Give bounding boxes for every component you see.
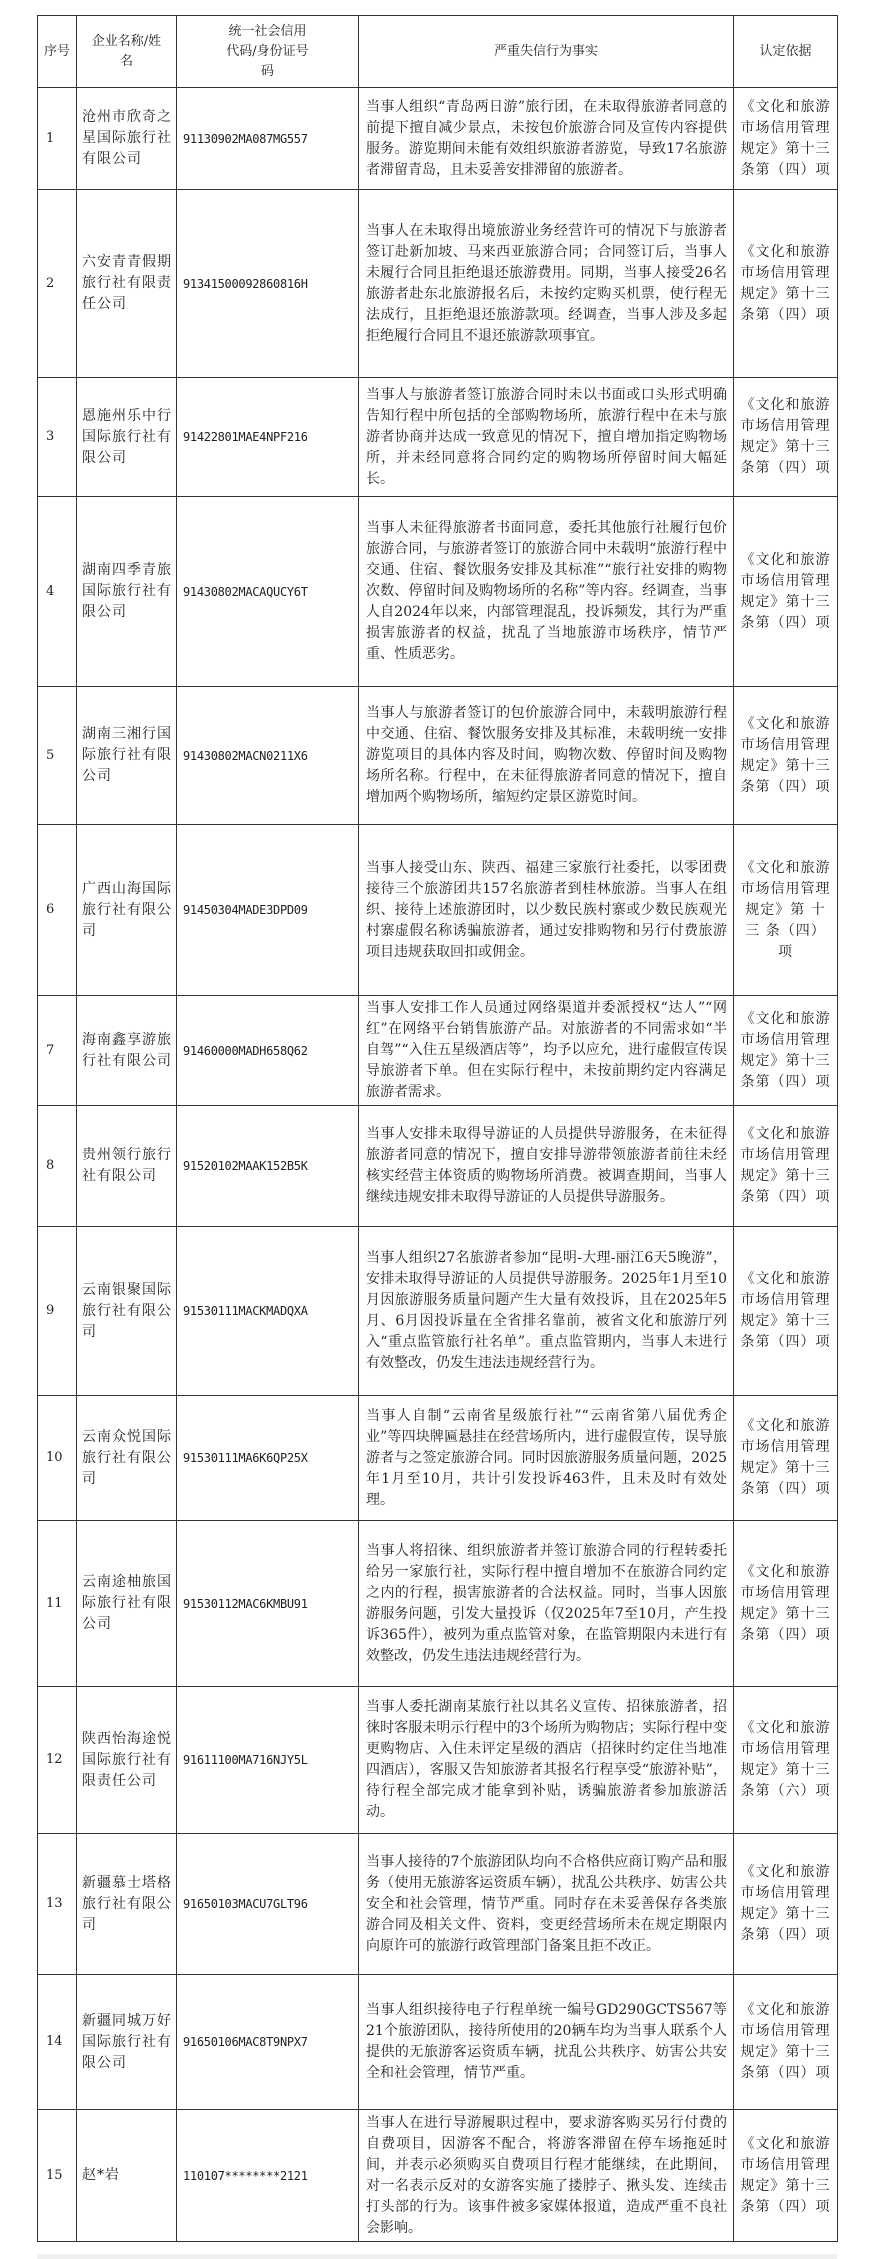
row-entity-name: 广西山海国际旅行社有限公司 bbox=[77, 825, 177, 996]
table-row: 7海南鑫享游旅行社有限公司91460000MADH658Q62当事人安排工作人员… bbox=[38, 996, 838, 1106]
header-name: 企业名称/姓名 bbox=[77, 16, 177, 88]
row-credit-code: 110107********2121 bbox=[177, 2110, 359, 2242]
row-legal-basis: 《文化和旅游市场信用管理规定》第十三条第（四）项 bbox=[734, 1106, 838, 1227]
row-legal-basis: 《文化和旅游市场信用管理规定》第十三条第（四）项 bbox=[734, 1227, 838, 1396]
row-legal-basis: 《文化和旅游市场信用管理规定》第十三条第（四）项 bbox=[734, 1975, 838, 2110]
row-legal-basis: 《文化和旅游市场信用管理规定》第十三条第（四）项 bbox=[734, 1834, 838, 1975]
table-header-row: 序号 企业名称/姓名 统一社会信用代码/身份证号码 严重失信行为事实 认定依据 bbox=[38, 16, 838, 88]
row-credit-code: 91530112MAC6KMBU91 bbox=[177, 1521, 359, 1687]
row-index: 1 bbox=[38, 88, 77, 190]
row-entity-name: 云南众悦国际旅行社有限公司 bbox=[77, 1396, 177, 1521]
table-row: 12陕西怡海途悦国际旅行社有限责任公司91611100MA716NJY5L当事人… bbox=[38, 1687, 838, 1834]
row-index: 4 bbox=[38, 497, 77, 687]
row-index: 14 bbox=[38, 1975, 77, 2110]
bottom-bar bbox=[37, 2254, 837, 2259]
row-legal-basis: 《文化和旅游市场信用管理规定》第十三条第（四）项 bbox=[734, 497, 838, 687]
row-entity-name: 云南途柚旅国际旅行社有限公司 bbox=[77, 1521, 177, 1687]
table-row: 3恩施州乐中行国际旅行社有限公司91422801MAE4NPF216当事人与旅游… bbox=[38, 378, 838, 497]
row-dishonest-fact: 当事人与旅游者签订的包价旅游合同中，未载明旅游行程中交通、住宿、餐饮服务安排及其… bbox=[359, 687, 734, 825]
row-credit-code: 91450304MADE3DPD09 bbox=[177, 825, 359, 996]
row-legal-basis: 《文化和旅游市场信用管理规定》第十三条第（四）项 bbox=[734, 378, 838, 497]
row-legal-basis: 《文化和旅游市场信用管理规定》第十三条第（四）项 bbox=[734, 2110, 838, 2242]
table-row: 5湖南三湘行国际旅行社有限公司91430802MACN0211X6当事人与旅游者… bbox=[38, 687, 838, 825]
table-row: 6广西山海国际旅行社有限公司91450304MADE3DPD09当事人接受山东、… bbox=[38, 825, 838, 996]
table-body: 1沧州市欣奇之星国际旅行社有限公司91130902MA087MG557当事人组织… bbox=[38, 88, 838, 2242]
header-index: 序号 bbox=[38, 16, 77, 88]
row-index: 6 bbox=[38, 825, 77, 996]
header-basis: 认定依据 bbox=[734, 16, 838, 88]
row-legal-basis: 《文化和旅游市场信用管理规定》第十三条第（四）项 bbox=[734, 1396, 838, 1521]
row-credit-code: 91650106MAC8T9NPX7 bbox=[177, 1975, 359, 2110]
row-dishonest-fact: 当事人在进行导游履职过程中，要求游客购买另行付费的自费项目，因游客不配合，将游客… bbox=[359, 2110, 734, 2242]
row-entity-name: 湖南三湘行国际旅行社有限公司 bbox=[77, 687, 177, 825]
table-row: 4湖南四季青旅国际旅行社有限公司91430802MACAQUCY6T当事人未征得… bbox=[38, 497, 838, 687]
row-credit-code: 91430802MACN0211X6 bbox=[177, 687, 359, 825]
table-row: 9云南银聚国际旅行社有限公司91530111MACKMADQXA当事人组织27名… bbox=[38, 1227, 838, 1396]
table-row: 10云南众悦国际旅行社有限公司91530111MA6K6QP25X当事人自制“云… bbox=[38, 1396, 838, 1521]
table-row: 8贵州领行旅行社有限公司91520102MAAK152B5K当事人安排未取得导游… bbox=[38, 1106, 838, 1227]
row-dishonest-fact: 当事人未征得旅游者书面同意，委托其他旅行社履行包价旅游合同，与旅游者签订的旅游合… bbox=[359, 497, 734, 687]
row-dishonest-fact: 当事人组织27名旅游者参加“昆明-大理-丽江6天5晚游”，安排未取得导游证的人员… bbox=[359, 1227, 734, 1396]
row-index: 10 bbox=[38, 1396, 77, 1521]
row-index: 5 bbox=[38, 687, 77, 825]
row-legal-basis: 《文化和旅游市场信用管理规定》第十三条第（六）项 bbox=[734, 1687, 838, 1834]
row-legal-basis: 《文化和旅游市场信用管理规定》第十三条第（四）项 bbox=[734, 88, 838, 190]
row-index: 2 bbox=[38, 190, 77, 378]
row-index: 9 bbox=[38, 1227, 77, 1396]
row-entity-name: 新疆慕士塔格旅行社有限公司 bbox=[77, 1834, 177, 1975]
row-index: 15 bbox=[38, 2110, 77, 2242]
row-index: 11 bbox=[38, 1521, 77, 1687]
table-row: 13新疆慕士塔格旅行社有限公司91650103MACU7GLT96当事人接待的7… bbox=[38, 1834, 838, 1975]
row-dishonest-fact: 当事人与旅游者签订旅游合同时未以书面或口头形式明确告知行程中所包括的全部购物场所… bbox=[359, 378, 734, 497]
row-credit-code: 91422801MAE4NPF216 bbox=[177, 378, 359, 497]
row-entity-name: 云南银聚国际旅行社有限公司 bbox=[77, 1227, 177, 1396]
row-entity-name: 新疆同城万好国际旅行社有限公司 bbox=[77, 1975, 177, 2110]
row-dishonest-fact: 当事人安排工作人员通过网络渠道并委派授权“达人”“网红”在网络平台销售旅游产品。… bbox=[359, 996, 734, 1106]
row-dishonest-fact: 当事人组织“青岛两日游”旅行团，在未取得旅游者同意的前提下擅自减少景点，未按包价… bbox=[359, 88, 734, 190]
row-entity-name: 沧州市欣奇之星国际旅行社有限公司 bbox=[77, 88, 177, 190]
row-credit-code: 91611100MA716NJY5L bbox=[177, 1687, 359, 1834]
table-row: 15赵*岩110107********2121当事人在进行导游履职过程中，要求游… bbox=[38, 2110, 838, 2242]
row-credit-code: 91650103MACU7GLT96 bbox=[177, 1834, 359, 1975]
table-row: 1沧州市欣奇之星国际旅行社有限公司91130902MA087MG557当事人组织… bbox=[38, 88, 838, 190]
header-fact: 严重失信行为事实 bbox=[359, 16, 734, 88]
row-dishonest-fact: 当事人委托湖南某旅行社以其名义宣传、招徕旅游者，招徕时客服未明示行程中的3个场所… bbox=[359, 1687, 734, 1834]
row-entity-name: 湖南四季青旅国际旅行社有限公司 bbox=[77, 497, 177, 687]
row-index: 3 bbox=[38, 378, 77, 497]
row-entity-name: 赵*岩 bbox=[77, 2110, 177, 2242]
row-credit-code: 91530111MACKMADQXA bbox=[177, 1227, 359, 1396]
row-credit-code: 91341500092860816H bbox=[177, 190, 359, 378]
row-dishonest-fact: 当事人接待的7个旅游团队均向不合格供应商订购产品和服务（使用无旅游客运资质车辆）… bbox=[359, 1834, 734, 1975]
row-credit-code: 91520102MAAK152B5K bbox=[177, 1106, 359, 1227]
row-entity-name: 恩施州乐中行国际旅行社有限公司 bbox=[77, 378, 177, 497]
row-dishonest-fact: 当事人组织接待电子行程单统一编号GD290GCTS567等21个旅游团队，接待所… bbox=[359, 1975, 734, 2110]
row-credit-code: 91460000MADH658Q62 bbox=[177, 996, 359, 1106]
table-row: 2六安青青假期旅行社有限责任公司91341500092860816H当事人在未取… bbox=[38, 190, 838, 378]
row-dishonest-fact: 当事人安排未取得导游证的人员提供导游服务，在未征得旅游者同意的情况下，擅自安排导… bbox=[359, 1106, 734, 1227]
row-dishonest-fact: 当事人接受山东、陕西、福建三家旅行社委托，以零团费接待三个旅游团共157名旅游者… bbox=[359, 825, 734, 996]
row-dishonest-fact: 当事人自制“云南省星级旅行社”“云南省第八届优秀企业”等四块牌匾悬挂在经营场所内… bbox=[359, 1396, 734, 1521]
table-row: 14新疆同城万好国际旅行社有限公司91650106MAC8T9NPX7当事人组织… bbox=[38, 1975, 838, 2110]
row-legal-basis: 《文化和旅游市场信用管理规定》第十三条第（四）项 bbox=[734, 1521, 838, 1687]
row-legal-basis: 《文化和旅游市场信用管理规定》第十三条第（四）项 bbox=[734, 996, 838, 1106]
row-index: 7 bbox=[38, 996, 77, 1106]
row-entity-name: 海南鑫享游旅行社有限公司 bbox=[77, 996, 177, 1106]
row-index: 13 bbox=[38, 1834, 77, 1975]
header-code: 统一社会信用代码/身份证号码 bbox=[177, 16, 359, 88]
row-dishonest-fact: 当事人将招徕、组织旅游者并签订旅游合同的行程转委托给另一家旅行社，实际行程中擅自… bbox=[359, 1521, 734, 1687]
table-row: 11云南途柚旅国际旅行社有限公司91530112MAC6KMBU91当事人将招徕… bbox=[38, 1521, 838, 1687]
row-credit-code: 91130902MA087MG557 bbox=[177, 88, 359, 190]
row-credit-code: 91430802MACAQUCY6T bbox=[177, 497, 359, 687]
row-dishonest-fact: 当事人在未取得出境旅游业务经营许可的情况下与旅游者签订赴新加坡、马来西亚旅游合同… bbox=[359, 190, 734, 378]
row-index: 12 bbox=[38, 1687, 77, 1834]
row-legal-basis: 《文化和旅游市场信用管理规定》第十三条第（四）项 bbox=[734, 687, 838, 825]
document: 序号 企业名称/姓名 统一社会信用代码/身份证号码 严重失信行为事实 认定依据 … bbox=[37, 15, 837, 2242]
row-index: 8 bbox=[38, 1106, 77, 1227]
row-legal-basis: 《文化和旅游市场信用管理规定》第十三条第（四）项 bbox=[734, 190, 838, 378]
row-legal-basis: 《文化和旅游市场信用管理规定》第 十 三 条（四）项 bbox=[734, 825, 838, 996]
row-entity-name: 贵州领行旅行社有限公司 bbox=[77, 1106, 177, 1227]
dishonesty-list-table: 序号 企业名称/姓名 统一社会信用代码/身份证号码 严重失信行为事实 认定依据 … bbox=[37, 15, 838, 2242]
row-entity-name: 六安青青假期旅行社有限责任公司 bbox=[77, 190, 177, 378]
row-credit-code: 91530111MA6K6QP25X bbox=[177, 1396, 359, 1521]
row-entity-name: 陕西怡海途悦国际旅行社有限责任公司 bbox=[77, 1687, 177, 1834]
